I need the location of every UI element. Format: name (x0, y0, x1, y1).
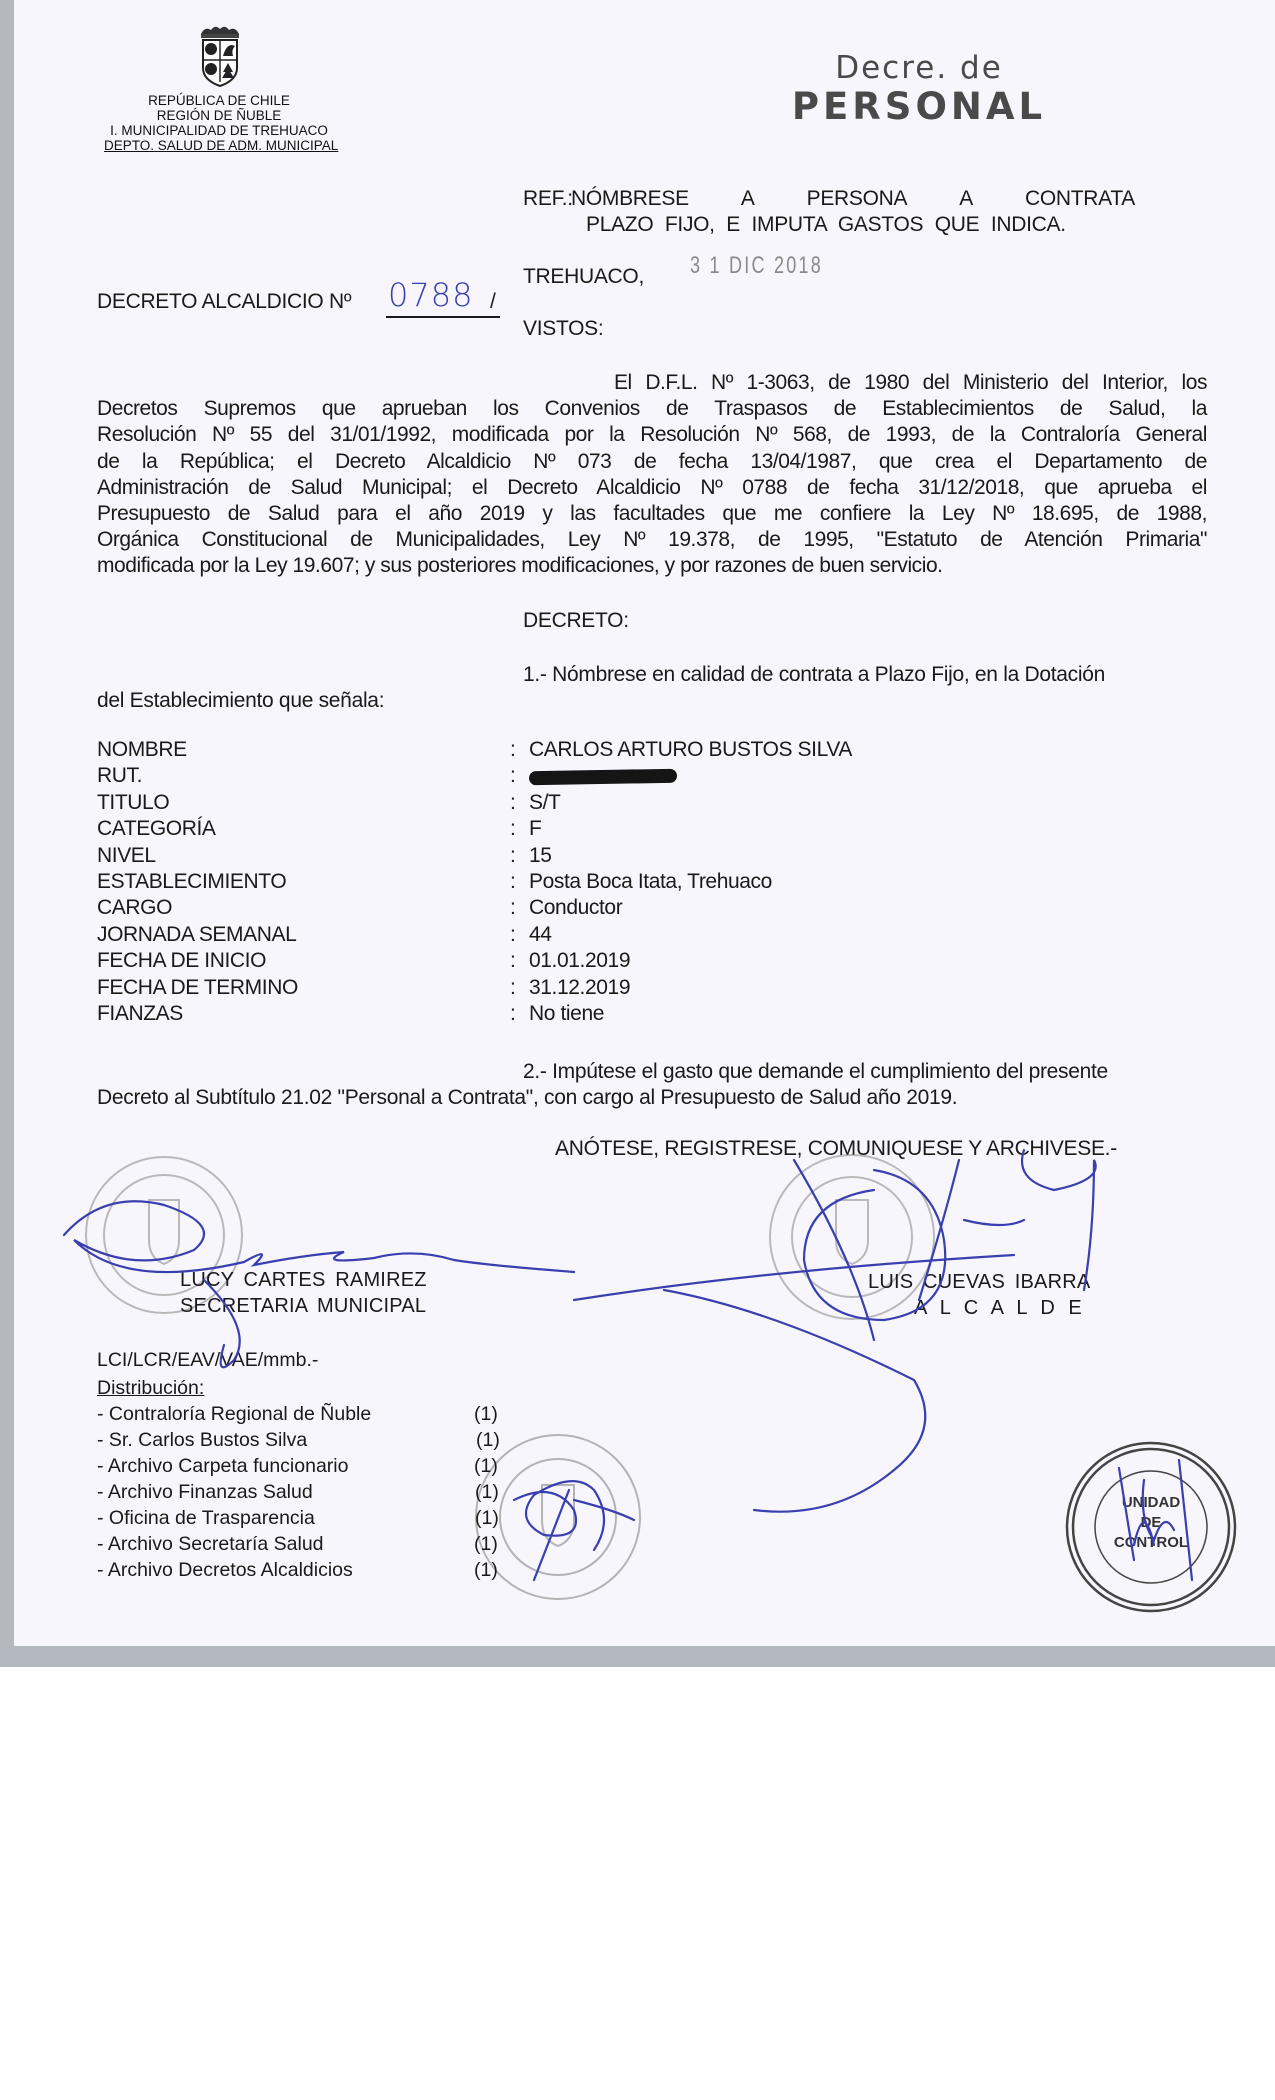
mayor-signature (574, 1150, 1096, 1512)
document-page: REPÚBLICA DE CHILE REGIÓN DE ÑUBLE I. MU… (14, 0, 1275, 1646)
handwritten-signatures (14, 0, 1275, 1646)
legal-signature (514, 1481, 634, 1580)
secretary-signature (64, 1201, 574, 1367)
control-signature (1119, 1460, 1192, 1580)
